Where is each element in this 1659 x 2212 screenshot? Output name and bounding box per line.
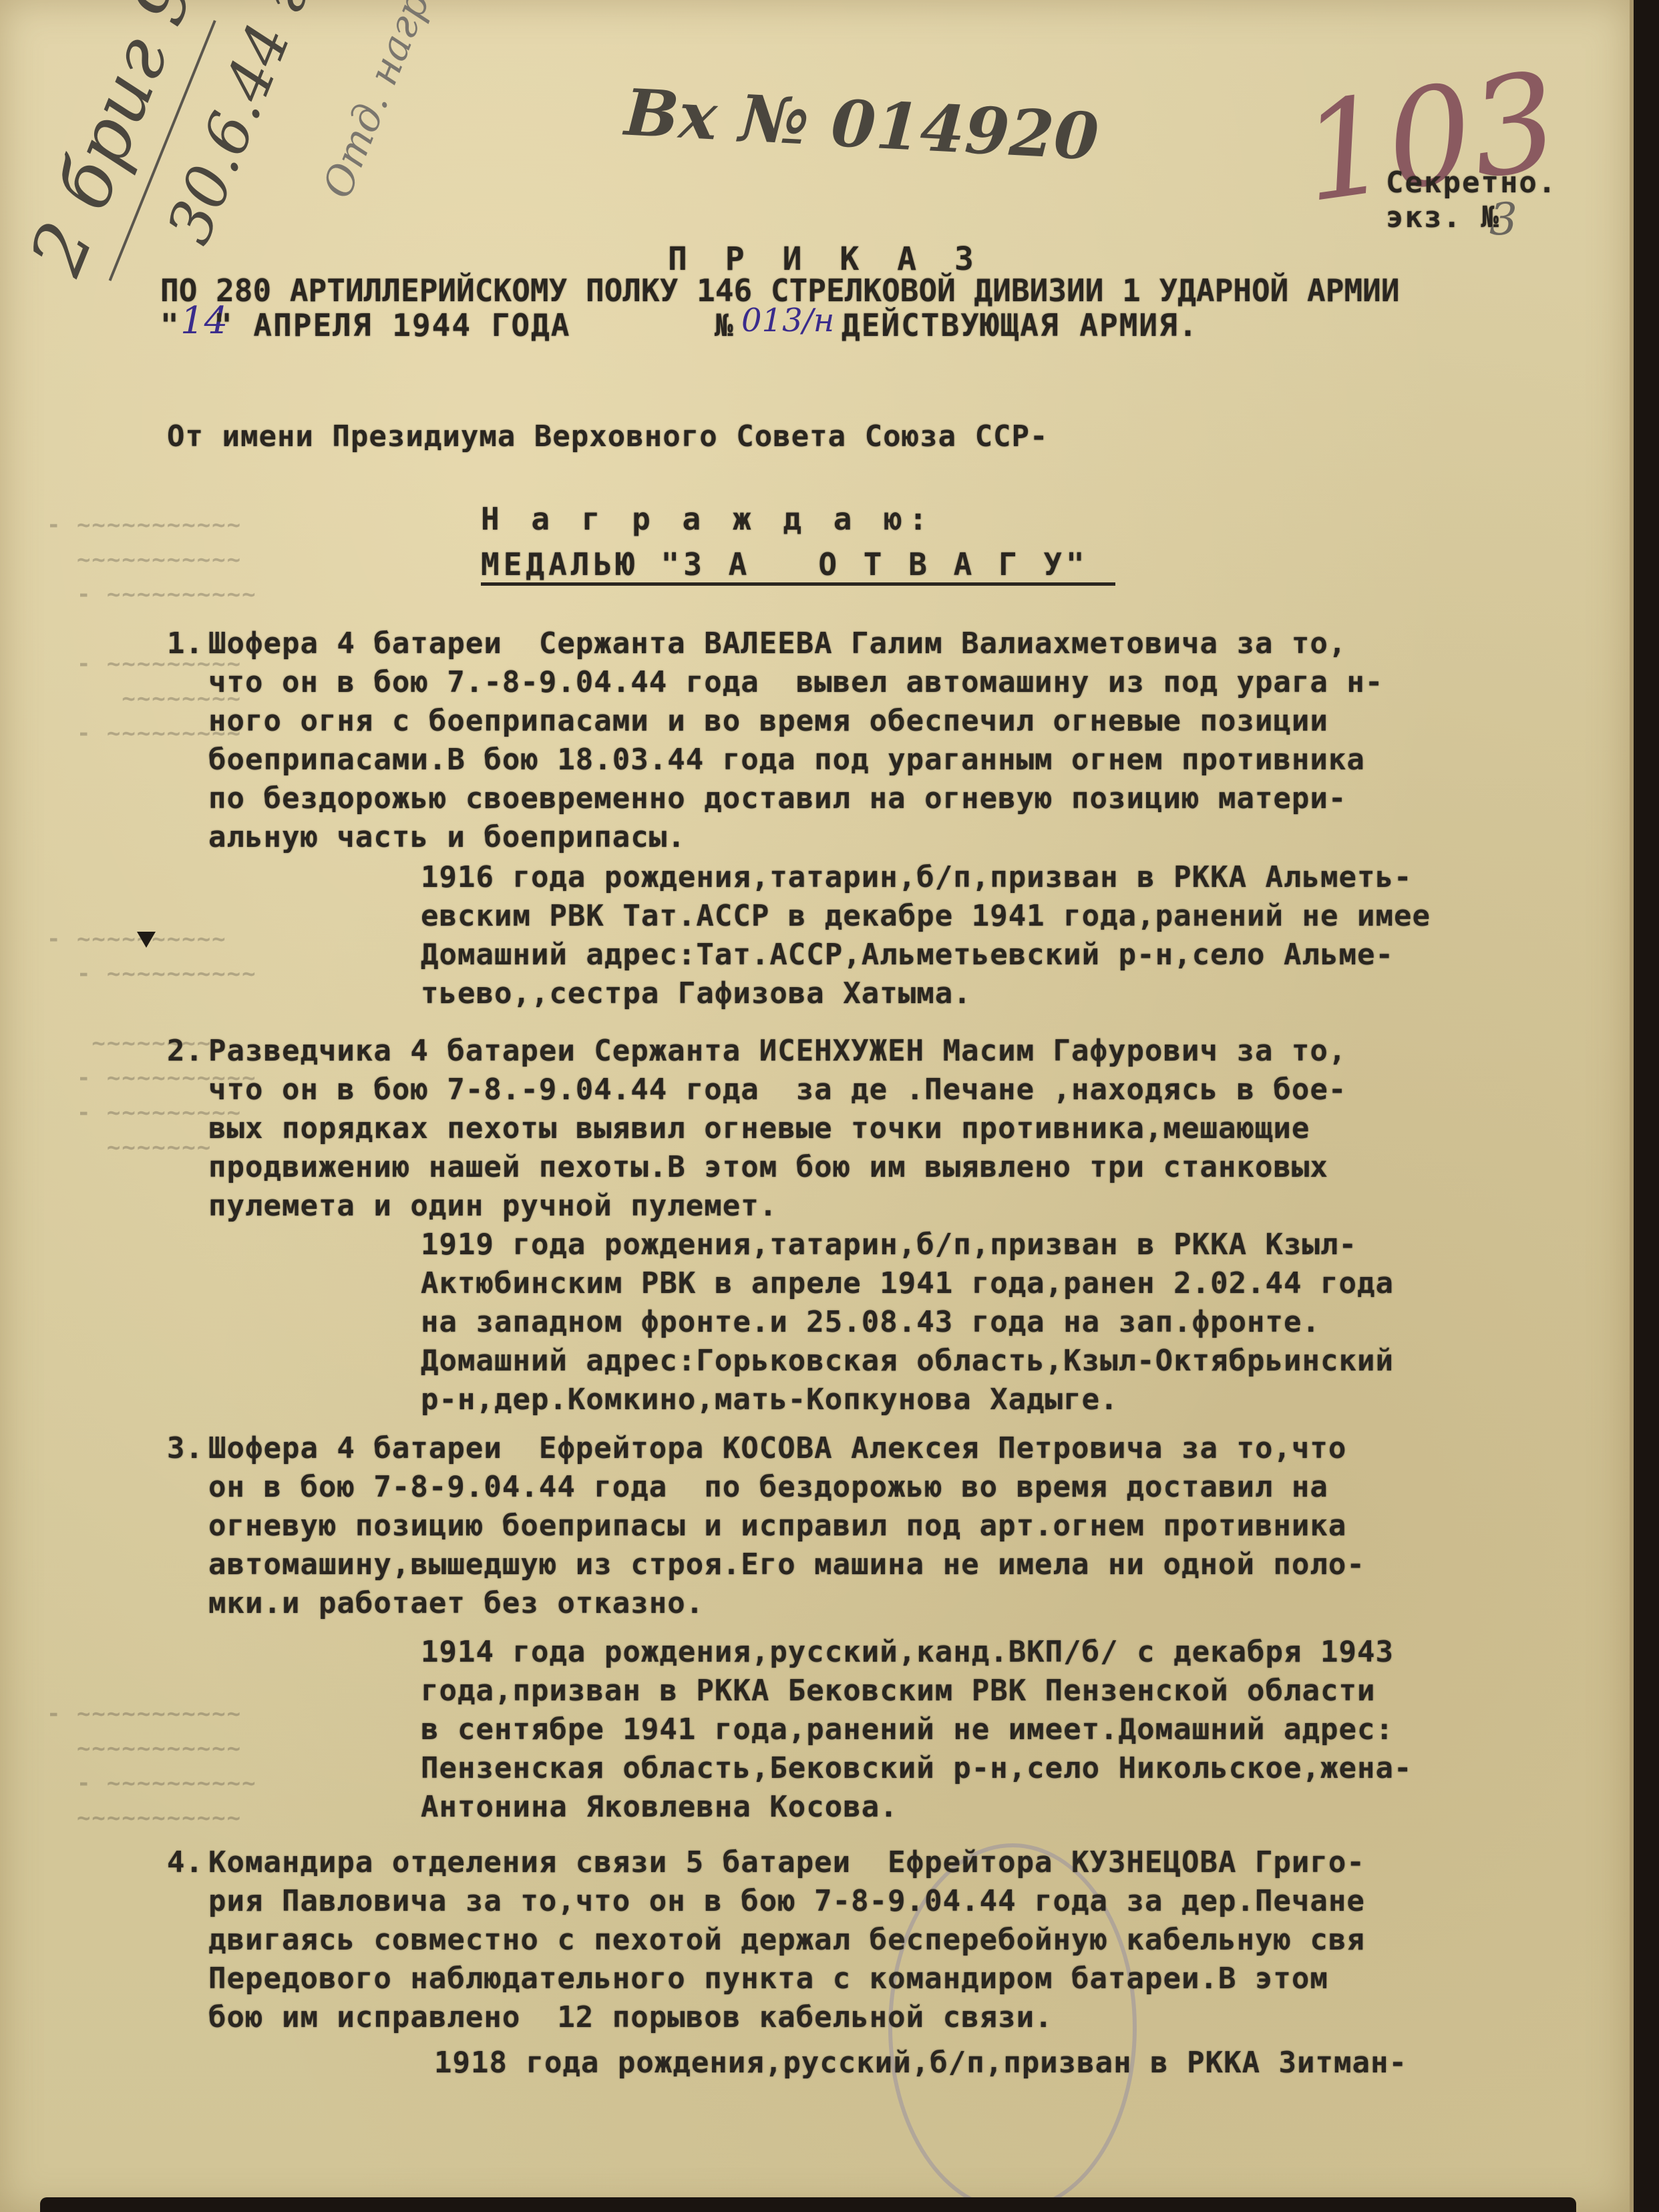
citation-line: огневую позицию боеприпасы и исправил по… xyxy=(208,1507,1365,1545)
citation-line: бою им исправлено 12 порывов кабельной с… xyxy=(208,1998,1365,2037)
citation-line: по бездорожью своевременно доставил на о… xyxy=(208,779,1383,818)
copy-number-handwritten: 3 xyxy=(1489,194,1517,245)
citation-line: пулемета и один ручной пулемет. xyxy=(208,1187,1346,1226)
citation-line: боеприпасами.В бою 18.03.44 года под ура… xyxy=(208,741,1383,779)
citation-line: что он в бою 7.-8-9.04.44 года вывел авт… xyxy=(208,663,1383,702)
citation-line: рия Павловича за то,что он в бою 7-8-9.0… xyxy=(208,1882,1365,1921)
bio-line: евским РВК Тат.АССР в декабре 1941 года,… xyxy=(421,897,1431,936)
bio-entry-3: 1914 года рождения,русский,канд.ВКП/б/ с… xyxy=(421,1633,1412,1827)
registry-number: Вх № 014920 xyxy=(623,74,1101,174)
bio-line: 1916 года рождения,татарин,б/п,призван в… xyxy=(421,858,1431,897)
order-date-text: " АПРЕЛЯ 1944 ГОДА xyxy=(214,307,571,343)
order-number-sign: № xyxy=(715,307,735,343)
bio-line: в сентябре 1941 года,ранений не имеет.До… xyxy=(421,1710,1412,1749)
army-label: ДЕЙСТВУЮЩАЯ АРМИЯ. xyxy=(842,307,1199,343)
bio-line: на западном фронте.и 25.08.43 года на за… xyxy=(421,1303,1394,1342)
bio-entry-1: 1916 года рождения,татарин,б/п,призван в… xyxy=(421,858,1431,1013)
citation-line: Передового наблюдательного пункта с кома… xyxy=(208,1960,1365,1998)
margin-mark xyxy=(137,932,156,948)
handwritten-note-brigade: 2 бриг 9 xyxy=(13,0,211,286)
bio-line: 1918 года рождения,русский,б/п,призван в… xyxy=(434,2044,1407,2082)
bio-line: Антонина Яковлевна Косова. xyxy=(421,1788,1412,1827)
bio-line: 1919 года рождения,татарин,б/п,призван в… xyxy=(421,1226,1394,1264)
entry-number: 3. xyxy=(167,1429,204,1468)
citation-line: Командира отделения связи 5 батареи Ефре… xyxy=(208,1843,1365,1882)
bio-entry-2: 1919 года рождения,татарин,б/п,призван в… xyxy=(421,1226,1394,1419)
handwritten-note-department: Отд. наград xyxy=(314,0,457,204)
order-number-handwritten: 013/н xyxy=(741,302,834,339)
margin-mark xyxy=(40,2197,1576,2212)
bio-line: Актюбинским РВК в апреле 1941 года,ранен… xyxy=(421,1264,1394,1303)
medal-heading: МЕДАЛЬЮ "З А О Т В А Г У" xyxy=(481,546,1115,586)
entry-number: 1. xyxy=(167,624,204,663)
citation-line: он в бою 7-8-9.04.44 года по бездорожью … xyxy=(208,1468,1365,1507)
citation-line: альную часть и боеприпасы. xyxy=(208,818,1383,857)
citation-line: Шофера 4 батареи Ефрейтора КОСОВА Алексе… xyxy=(208,1429,1365,1468)
bio-line: р-н,дер.Комкино,мать-Копкунова Хадыге. xyxy=(421,1380,1394,1419)
entry-number: 2. xyxy=(167,1032,204,1071)
copy-number-label: экз. № xyxy=(1386,200,1500,234)
citation-line: Разведчика 4 батареи Сержанта ИСЕНХУЖЕН … xyxy=(208,1032,1346,1071)
bio-line: Пензенская область,Бековский р-н,село Ни… xyxy=(421,1749,1412,1788)
bio-line: Домашний адрес:Тат.АССР,Альметьевский р-… xyxy=(421,936,1431,974)
bio-line: тьево,,сестра Гафизова Хатыма. xyxy=(421,974,1431,1013)
citation-line: вых порядках пехоты выявил огневые точки… xyxy=(208,1109,1346,1148)
secrecy-label: Секретно. xyxy=(1386,166,1557,200)
citation-line: автомашину,вышедшую из строя.Его машина … xyxy=(208,1545,1365,1584)
bio-line: 1914 года рождения,русский,канд.ВКП/б/ с… xyxy=(421,1633,1412,1672)
citation-line: ного огня с боеприпасами и во время обес… xyxy=(208,702,1383,741)
bleed-through-text: - ~~~~~~~~~~~ ~~~~~~~~~~~ - ~~~~~~~~~~ ~… xyxy=(47,1696,257,1835)
award-heading: Н а г р а ж д а ю: xyxy=(481,501,934,537)
citation-line: мки.и работает без отказно. xyxy=(208,1584,1365,1623)
bio-line: года,призван в РККА Бековским РВК Пензен… xyxy=(421,1672,1412,1710)
entry-number: 4. xyxy=(167,1843,204,1882)
bio-line: Домашний адрес:Горьковская область,Кзыл-… xyxy=(421,1342,1394,1380)
citation-line: двигаясь совместно с пехотой держал бесп… xyxy=(208,1921,1365,1960)
citation-line: Шофера 4 батареи Сержанта ВАЛЕЕВА Галим … xyxy=(208,624,1383,663)
quote-open: " xyxy=(160,307,180,343)
document-page: - ~~~~~~~~~~~ ~~~~~~~~~~~ - ~~~~~~~~~~ -… xyxy=(0,0,1634,2212)
citation-line: продвижению нашей пехоты.В этом бою им в… xyxy=(208,1148,1346,1187)
citation-line: что он в бою 7-8.-9.04.44 года за де .Пе… xyxy=(208,1071,1346,1109)
bio-entry-4: 1918 года рождения,русский,б/п,призван в… xyxy=(434,2044,1407,2082)
preamble: От имени Президиума Верховного Совета Со… xyxy=(167,419,1049,453)
